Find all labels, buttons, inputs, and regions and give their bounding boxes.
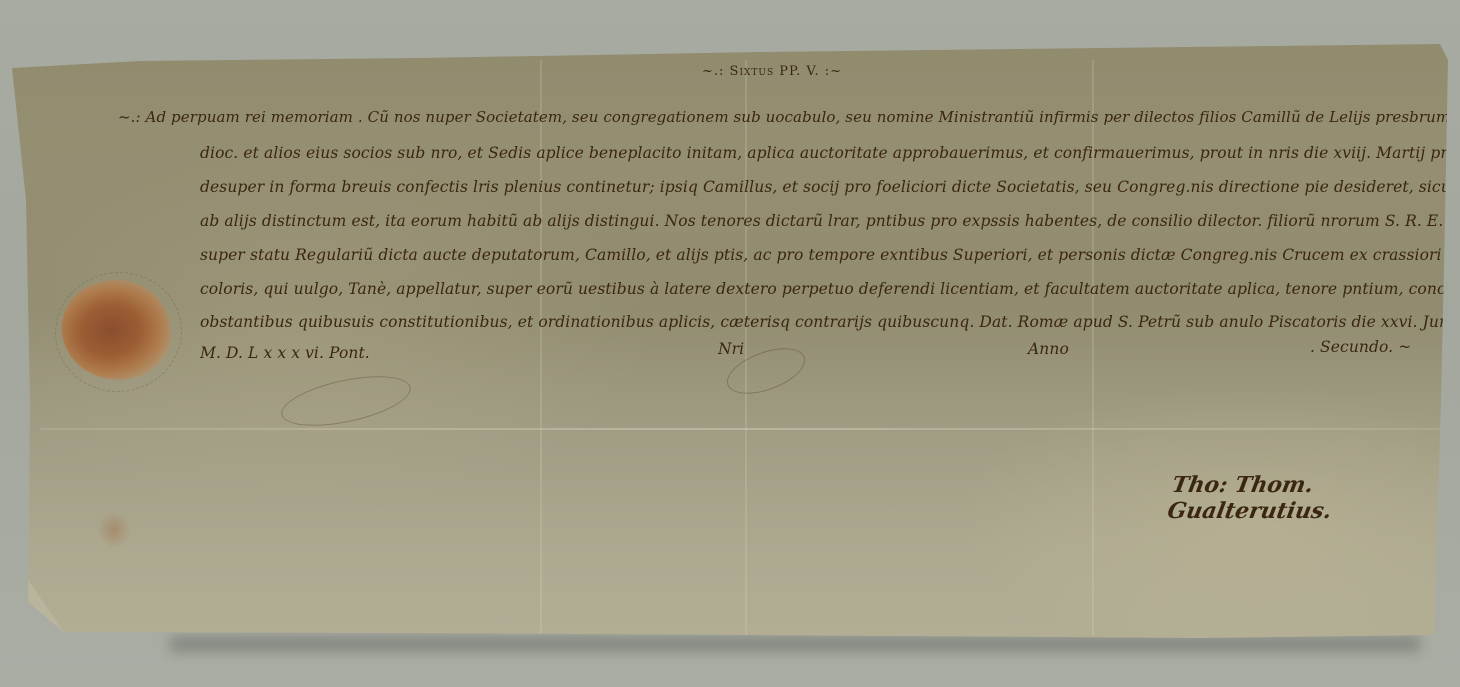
signature: Tho: Thom. Gualterutius. bbox=[1165, 472, 1460, 524]
document-shadow bbox=[170, 636, 1420, 652]
text-line-4: ab alijs distinctum est, ita eorum habit… bbox=[200, 212, 1460, 230]
text-line-3: desuper in forma breuis confectis lris p… bbox=[200, 178, 1460, 196]
horizontal-fold-crease bbox=[40, 428, 1440, 430]
pen-flourish bbox=[277, 367, 415, 436]
document-heading: ~.: Sixtus PP. V. :~ bbox=[702, 64, 842, 79]
text-line-6: coloris, qui uulgo, Tanè, appellatur, su… bbox=[200, 280, 1460, 298]
folded-corner bbox=[28, 580, 64, 632]
date-anno: Anno bbox=[1028, 340, 1069, 358]
date-nri: Nri bbox=[718, 340, 744, 358]
stain-mark bbox=[98, 512, 130, 548]
date-secundo: . Secundo. ~ bbox=[1310, 338, 1411, 356]
text-line-2: dioc. et alios eius socios sub nro, et S… bbox=[200, 144, 1460, 162]
text-line-7: obstantibus quibusuis constitutionibus, … bbox=[200, 313, 1459, 331]
parchment-document: ~.: Sixtus PP. V. :~ ~.: Ad perpuam rei … bbox=[0, 0, 1460, 687]
text-line-1: ~.: Ad perpuam rei memoriam . Cũ nos nup… bbox=[118, 108, 1460, 126]
date-year: M. D. L x x x vi. Pont. bbox=[200, 344, 370, 362]
text-line-5: super statu Regulariũ dicta aucte deputa… bbox=[200, 246, 1460, 264]
